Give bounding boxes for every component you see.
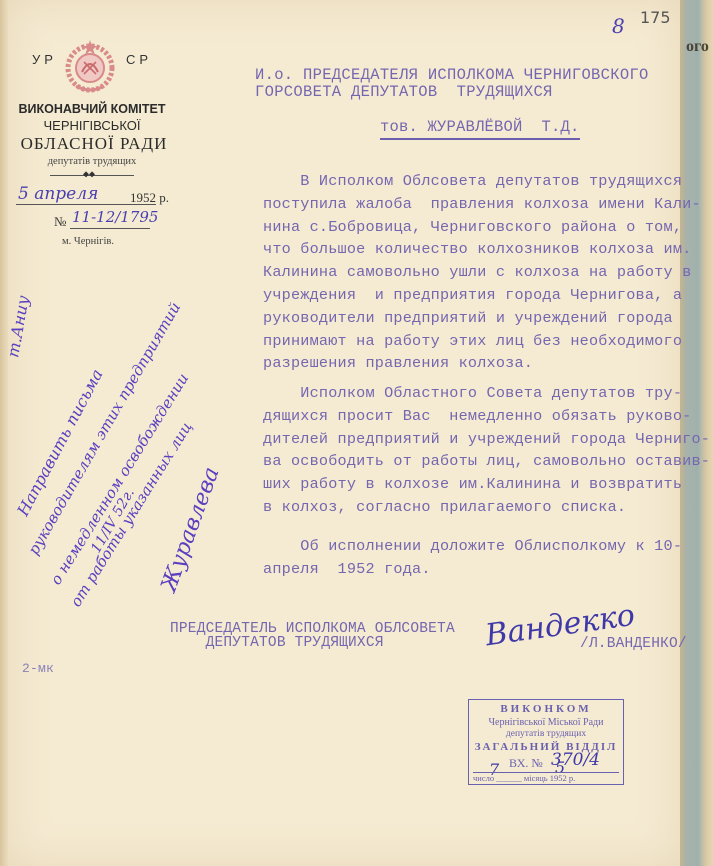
date-year: 1952 р. xyxy=(130,190,169,206)
body-paragraph-2: Исполком Областного Совета депутатов тру… xyxy=(263,382,673,519)
letterhead-region: ЧЕРНІГІВСЬКОЇ xyxy=(18,118,166,133)
underlying-sheet-text: ого xyxy=(686,38,709,56)
stamp-incoming-label: ВХ. № xyxy=(509,756,543,771)
number-field-line xyxy=(70,228,150,229)
archive-folio-number: 175 xyxy=(640,8,671,27)
handwritten-document-number: 11-12/1795 xyxy=(72,208,158,226)
archive-sheet-number: 8 xyxy=(612,14,625,38)
body-paragraph-1: В Исполком Облсовета депутатов трудящихс… xyxy=(263,170,673,375)
stamp-line-3: депутатів трудящих xyxy=(469,729,623,739)
signatory-name: /Л.ВАНДЕНКО/ xyxy=(580,636,687,652)
resolution-line-1: т.Аниу xyxy=(3,294,33,359)
divider-ornament-icon: ◆◆ xyxy=(83,169,95,181)
ussr-emblem-icon xyxy=(60,38,120,96)
addressee-name: тов. ЖУРАВЛЁВОЙ Т.Д. xyxy=(380,118,580,140)
stamp-line-2: Чернігівської Міської Ради xyxy=(469,717,623,728)
letterhead-title: ВИКОНАВЧИЙ КОМІТЕТ xyxy=(18,102,166,116)
handwritten-date: 5 апреля xyxy=(18,184,98,204)
addressee-line-2: ГОРСОВЕТА ДЕПУТАТОВ ТРУДЯЩИХСЯ xyxy=(255,84,649,101)
addressee-line-1: И.о. ПРЕДСЕДАТЕЛЯ ИСПОЛКОМА ЧЕРНИГОВСКОГ… xyxy=(255,67,649,84)
margin-resolution: т.Аниу Направить письма руководителям эт… xyxy=(0,300,230,520)
letterhead-subtitle: депутатів трудящих xyxy=(18,156,166,167)
body-paragraph-3: Об исполнении доложите Облисполкому к 10… xyxy=(263,535,673,581)
letterhead-republic-left: УР xyxy=(32,52,57,67)
letterhead-city: м. Чернігів. xyxy=(62,236,114,247)
stamp-line-1: ВИКОНКОМ xyxy=(469,703,623,715)
reference-code: 2-мк xyxy=(22,661,54,676)
stamp-date-footer: число ______ місяць 1952 р. xyxy=(473,772,619,783)
registration-stamp: ВИКОНКОМ Чернігівської Міської Ради депу… xyxy=(468,699,624,785)
signatory-title: ПРЕДСЕДАТЕЛЬ ИСПОЛКОМА ОБЛСОВЕТА ДЕПУТАТ… xyxy=(170,622,455,650)
letterhead-council: ОБЛАСНОЇ РАДИ xyxy=(14,134,174,154)
number-label: № xyxy=(54,214,66,230)
addressee-block: И.о. ПРЕДСЕДАТЕЛЯ ИСПОЛКОМА ЧЕРНИГОВСКОГ… xyxy=(255,67,649,101)
letterhead-republic-right: СР xyxy=(126,52,152,67)
